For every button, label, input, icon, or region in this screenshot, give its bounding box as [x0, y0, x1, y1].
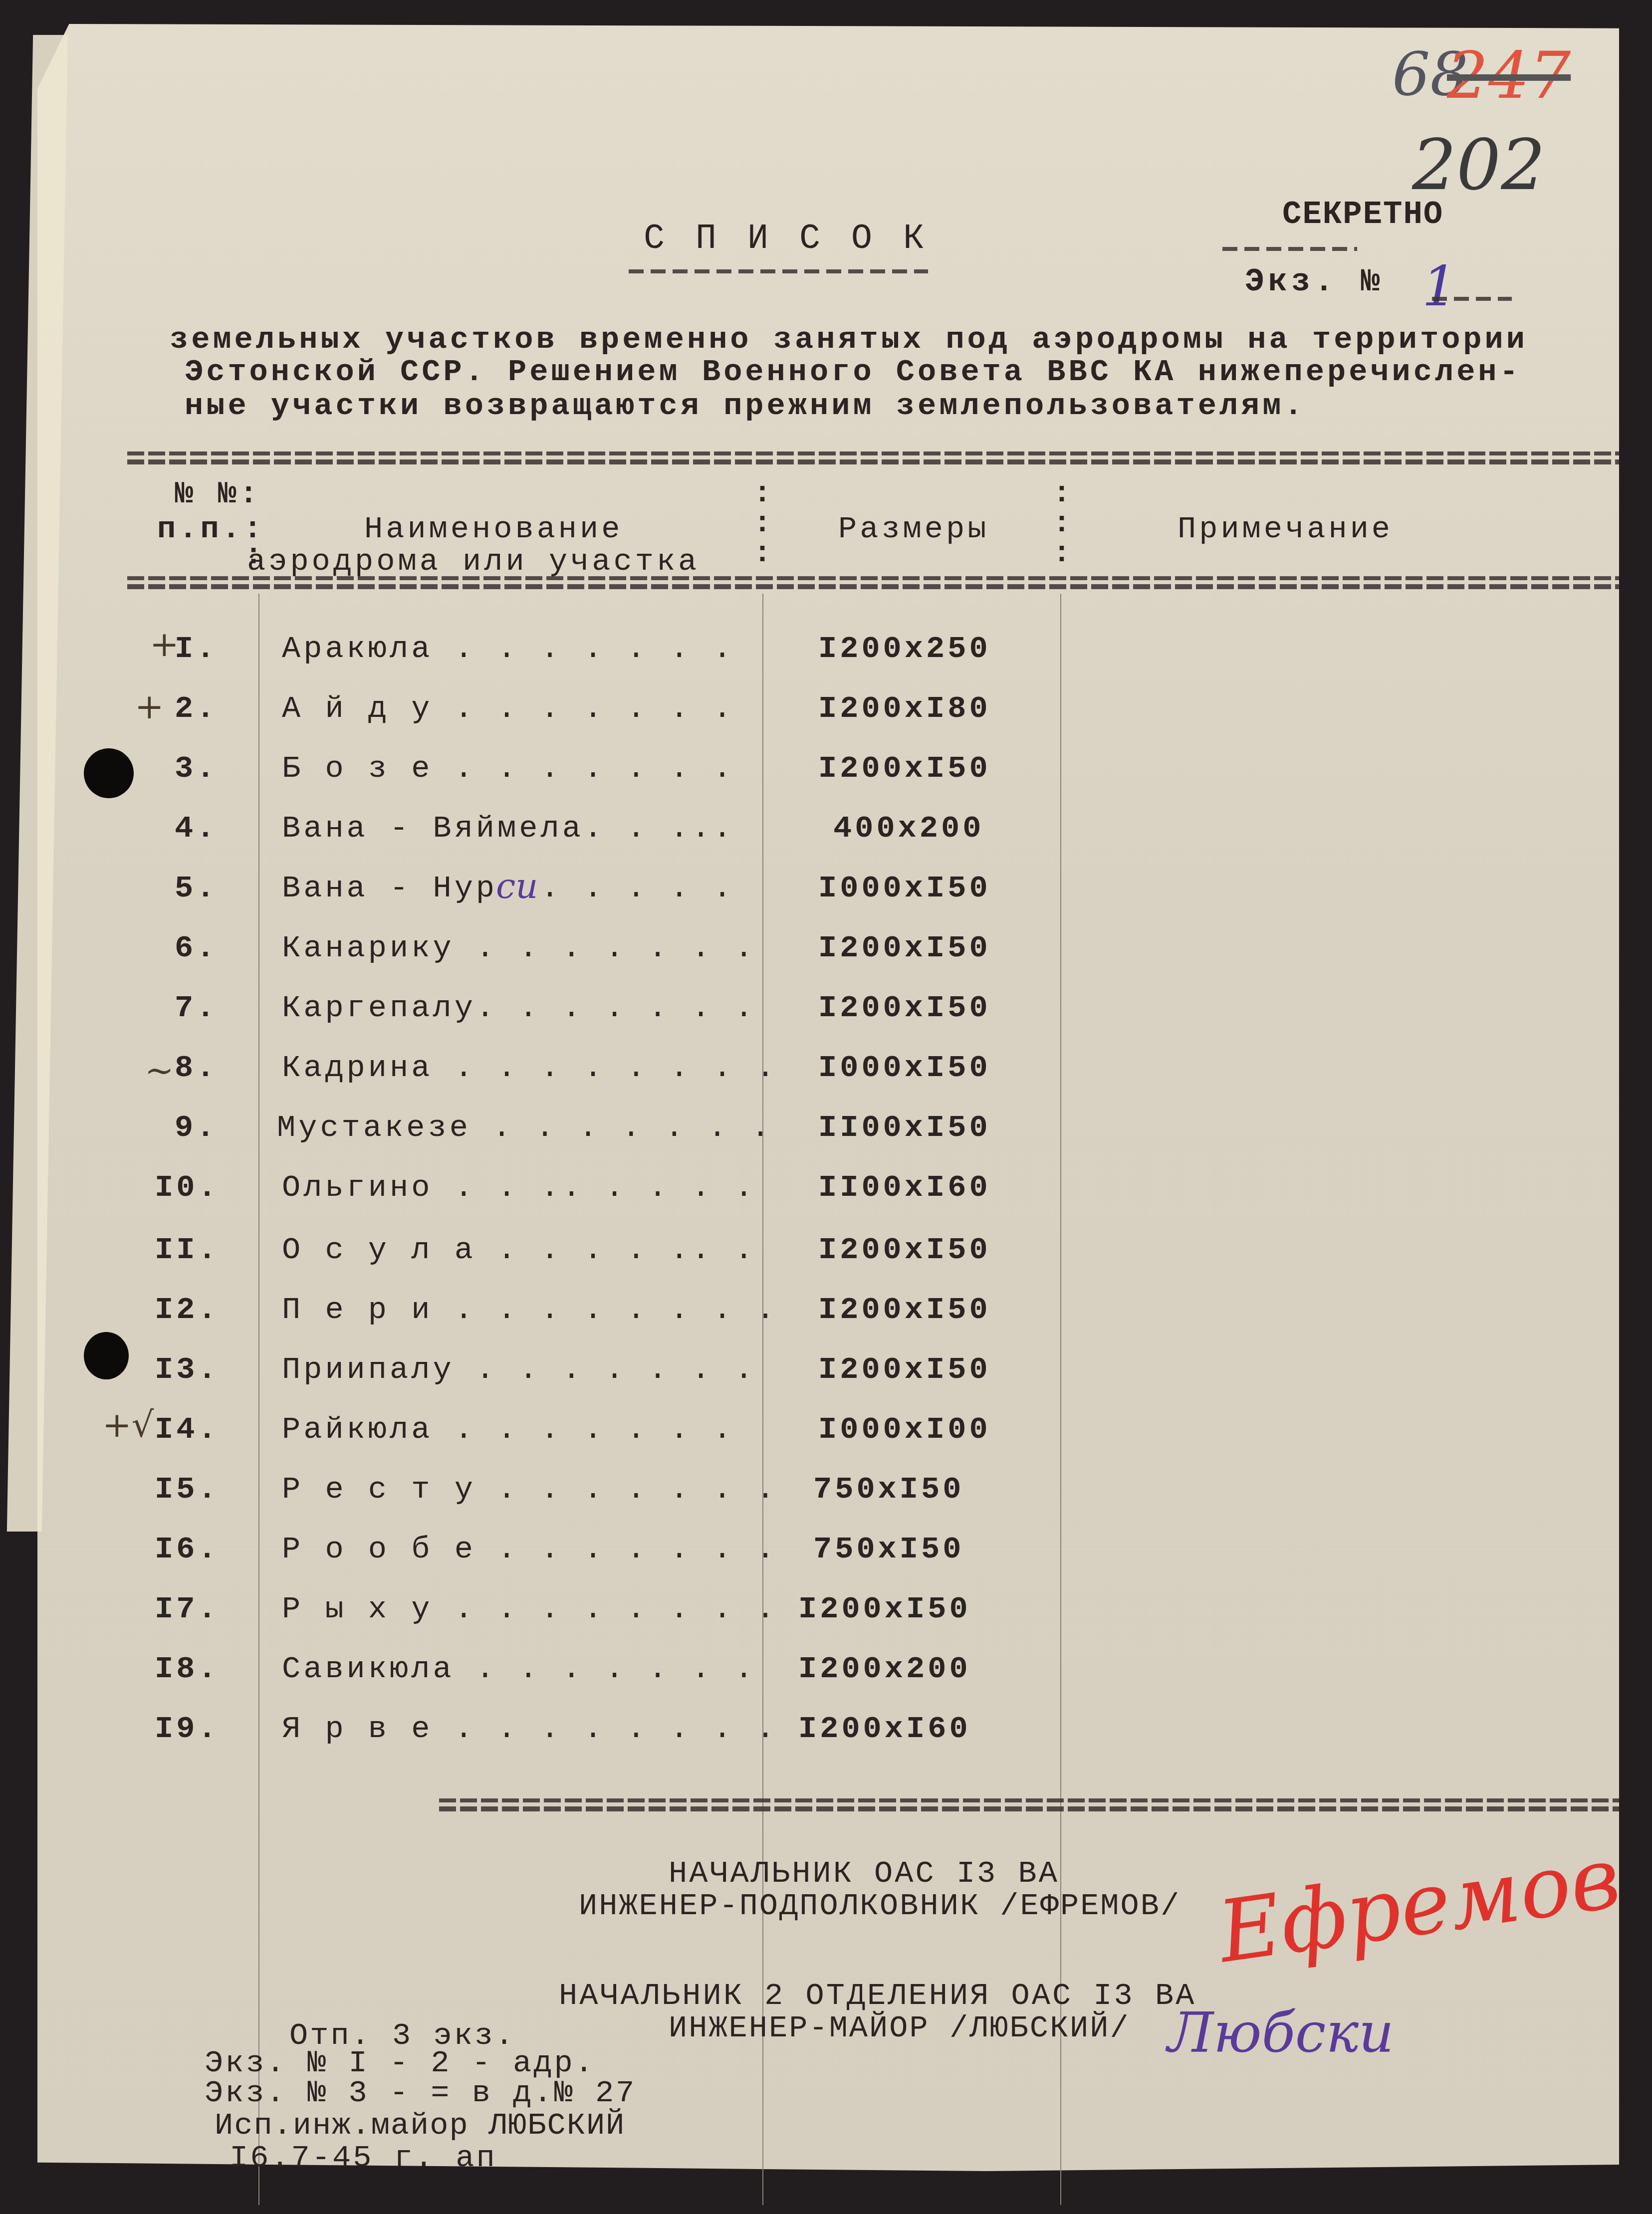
row-size: 750xI50	[813, 1472, 964, 1507]
row-name: Ольгино . . .. . . . .	[282, 1170, 756, 1205]
table-row: I0. Ольгино . . .. . . . . II00xI60	[0, 1170, 1652, 1230]
row-name: Мустакезе . . . . . . .	[277, 1110, 773, 1145]
handwritten-correction: си	[494, 866, 540, 906]
row-name: Р ы х у . . . . . . . .	[282, 1591, 778, 1627]
margin-mark: +√	[102, 1404, 154, 1445]
row-size: 750xI50	[813, 1532, 964, 1567]
dispatch-line: Исп.инж.майор ЛЮБСКИЙ	[215, 2108, 625, 2143]
row-name: А й д у . . . . . . .	[282, 691, 734, 726]
signer1-title: НАЧАЛЬНИК ОАС I3 ВА	[669, 1856, 1059, 1891]
row-number: I7.	[155, 1591, 220, 1627]
row-name: Канарику . . . . . . .	[282, 930, 756, 966]
row-number: 7.	[175, 990, 218, 1026]
row-number: I2.	[155, 1292, 220, 1328]
row-size: II00xI60	[818, 1170, 991, 1205]
table-row: ~ 8. Кадрина . . . . . . . . I000xI50	[0, 1050, 1652, 1110]
row-name: Савикюла . . . . . . .	[282, 1651, 756, 1687]
row-name: П е р и . . . . . . . .	[282, 1292, 778, 1328]
row-number: II.	[155, 1232, 220, 1268]
row-number: I.	[175, 631, 218, 666]
signer2-title: НАЧАЛЬНИК 2 ОТДЕЛЕНИЯ ОАС I3 ВА	[559, 1978, 1196, 2013]
row-number: I5.	[155, 1472, 220, 1507]
row-name: Б о з е . . . . . . .	[282, 751, 734, 786]
row-size: I200xI60	[798, 1711, 971, 1747]
row-name: Аракюла . . . . . . .	[282, 631, 734, 666]
table-row: + 2. А й д у . . . . . . . I200xI80	[0, 691, 1652, 751]
row-size: I000xI50	[818, 871, 991, 906]
table-row: 9. Мустакезе . . . . . . . II00xI50	[0, 1110, 1652, 1170]
row-number: I4.	[155, 1412, 220, 1447]
table-row: 5. Вана - Нурси. . . . . I000xI50	[0, 871, 1652, 930]
table-row: I2. П е р и . . . . . . . . I200xI50	[0, 1292, 1652, 1352]
dispatch-line: Экз. № 3 - = в д.№ 27	[205, 2075, 636, 2111]
table-row: 6. Канарику . . . . . . . I200xI50	[0, 930, 1652, 990]
table-row: I6. Р о о б е . . . . . . . 750xI50	[0, 1532, 1652, 1591]
row-name: Каргепалу. . . . . . .	[282, 990, 756, 1026]
signer2-signature: Любски	[1168, 2000, 1394, 2064]
signer1-name: ИНЖЕНЕР-ПОДПОЛКОВНИК /ЕФРЕМОВ/	[579, 1888, 1180, 1924]
row-number: 5.	[175, 871, 218, 906]
row-size: I200xI50	[798, 1591, 971, 1627]
margin-mark: +	[135, 686, 164, 727]
row-number: 3.	[175, 751, 218, 786]
row-name: Приипалу . . . . . . .	[282, 1352, 756, 1387]
row-name: Р о о б е . . . . . . .	[282, 1532, 778, 1567]
row-number: 4.	[175, 811, 218, 846]
row-name: О с у л а . . . . .. .	[282, 1232, 756, 1268]
row-name: Р е с т у . . . . . . .	[282, 1472, 778, 1507]
row-name: Кадрина . . . . . . . .	[282, 1050, 778, 1086]
row-name: Вана - Вяймела. . ...	[282, 811, 734, 846]
table-row: I3. Приипалу . . . . . . . I200xI50	[0, 1352, 1652, 1412]
row-number: I6.	[155, 1532, 220, 1567]
table-row: + I. Аракюла . . . . . . . I200x250	[0, 631, 1652, 691]
table-row: 4. Вана - Вяймела. . ... 400x200	[0, 811, 1652, 871]
table-row: II. О с у л а . . . . .. . I200xI50	[0, 1232, 1652, 1292]
row-number: I0.	[155, 1170, 220, 1205]
row-name: Я р в е . . . . . . . .	[282, 1711, 778, 1747]
row-size: I200x200	[798, 1651, 971, 1687]
row-size: 400x200	[833, 811, 984, 846]
table-row: I7. Р ы х у . . . . . . . . I200xI50	[0, 1591, 1652, 1651]
row-size: I200xI50	[818, 990, 991, 1026]
row-size: I200xI50	[818, 1352, 991, 1387]
row-number: 6.	[175, 930, 218, 966]
signer2-name: ИНЖЕНЕР-МАЙОР /ЛЮБСКИЙ/	[669, 2010, 1130, 2046]
row-number: 8.	[175, 1050, 218, 1086]
row-size: I200xI50	[818, 1232, 991, 1268]
row-size: I200xI50	[818, 751, 991, 786]
row-number: I8.	[155, 1651, 220, 1687]
row-number: I9.	[155, 1711, 220, 1747]
row-size: I200xI50	[818, 1292, 991, 1328]
row-size: I000xI50	[818, 1050, 991, 1086]
row-size: II00xI50	[818, 1110, 991, 1145]
row-number: 2.	[175, 691, 218, 726]
row-name: Райкюла . . . . . . .	[282, 1412, 734, 1447]
table-row: I8. Савикюла . . . . . . . I200x200	[0, 1651, 1652, 1711]
margin-mark: ~	[145, 1050, 174, 1091]
row-number: 9.	[175, 1110, 218, 1145]
table-bottom-rule	[439, 1798, 1619, 1811]
row-size: I200xI50	[818, 930, 991, 966]
table-row: I9. Я р в е . . . . . . . . I200xI60	[0, 1711, 1652, 1771]
table-row: 3. Б о з е . . . . . . . I200xI50	[0, 751, 1652, 811]
row-size: I200x250	[818, 631, 991, 666]
table-row: +√ I4. Райкюла . . . . . . . I000xI00	[0, 1412, 1652, 1472]
row-size: I000xI00	[818, 1412, 991, 1447]
row-size: I200xI80	[818, 691, 991, 726]
dispatch-line: I6.7-45 г. ап	[230, 2140, 497, 2176]
table-row: 7. Каргепалу. . . . . . . I200xI50	[0, 990, 1652, 1050]
row-number: I3.	[155, 1352, 220, 1387]
table-row: I5. Р е с т у . . . . . . . 750xI50	[0, 1472, 1652, 1532]
